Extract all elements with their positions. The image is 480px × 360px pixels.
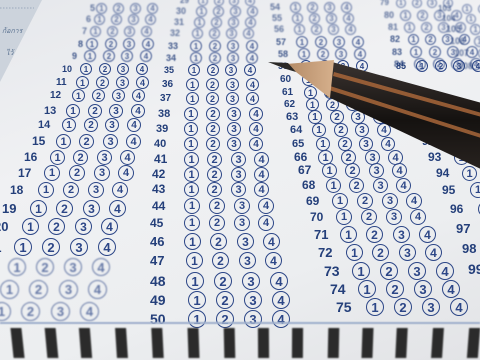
answer-bubble-1[interactable]: 1 bbox=[410, 46, 422, 58]
answer-bubble-1[interactable]: 1 bbox=[462, 4, 472, 14]
answer-bubble-3[interactable]: 3 bbox=[393, 226, 410, 243]
answer-bubble-2[interactable]: 2 bbox=[42, 238, 60, 256]
answer-bubble-2[interactable]: 2 bbox=[209, 215, 225, 231]
answer-bubble-2[interactable]: 2 bbox=[357, 193, 373, 209]
question-number: 37 bbox=[160, 92, 171, 105]
answer-bubble-3[interactable]: 3 bbox=[231, 152, 246, 167]
answer-bubble-3[interactable]: 3 bbox=[226, 28, 237, 39]
answer-bubble-1[interactable]: 1 bbox=[186, 78, 199, 91]
answer-bubble-3[interactable]: 3 bbox=[234, 198, 250, 214]
answer-bubble-2[interactable]: 2 bbox=[386, 280, 404, 298]
answer-bubble-4[interactable]: 4 bbox=[127, 118, 141, 132]
answer-bubble-4[interactable]: 4 bbox=[247, 6, 258, 17]
answer-bubble-3[interactable]: 3 bbox=[386, 209, 402, 225]
answer-bubble-1[interactable]: 1 bbox=[312, 123, 326, 137]
answer-bubble-4[interactable]: 4 bbox=[419, 226, 436, 243]
question-number: 58 bbox=[278, 48, 288, 60]
answer-bubble-4[interactable]: 4 bbox=[345, 24, 356, 35]
answer-bubble-1[interactable]: 1 bbox=[196, 6, 207, 17]
answer-bubble-4[interactable]: 4 bbox=[245, 17, 256, 28]
question-number: 54 bbox=[270, 2, 280, 13]
answer-bubble-4[interactable]: 4 bbox=[258, 198, 274, 214]
answer-bubble-1[interactable]: 1 bbox=[462, 166, 477, 181]
answer-bubble-2[interactable]: 2 bbox=[103, 50, 115, 62]
answer-bubble-1[interactable]: 1 bbox=[190, 52, 202, 64]
answer-bubble-3[interactable]: 3 bbox=[75, 218, 92, 235]
answer-bubble-2[interactable]: 2 bbox=[470, 135, 480, 149]
answer-bubble-4[interactable]: 4 bbox=[425, 244, 442, 261]
answer-bubble-4[interactable]: 4 bbox=[254, 182, 269, 197]
answer-bubble-4[interactable]: 4 bbox=[136, 63, 148, 75]
answer-bubble-4[interactable]: 4 bbox=[246, 52, 258, 64]
question-number: 36 bbox=[162, 78, 173, 91]
question-number: 68 bbox=[302, 178, 315, 193]
answer-bubble-4[interactable]: 4 bbox=[126, 134, 141, 149]
answer-bubble-1[interactable]: 1 bbox=[192, 28, 203, 39]
question-number: 20 bbox=[0, 218, 8, 235]
answer-bubble-1[interactable]: 1 bbox=[90, 26, 101, 37]
question-number: 94 bbox=[436, 166, 449, 181]
answer-bubble-3[interactable]: 3 bbox=[225, 64, 237, 76]
answer-bubble-1[interactable]: 1 bbox=[340, 226, 357, 243]
answer-bubble-3[interactable]: 3 bbox=[414, 280, 432, 298]
answer-bubble-1[interactable]: 1 bbox=[8, 258, 26, 276]
answer-bubble-2[interactable]: 2 bbox=[29, 280, 48, 299]
answer-bubble-3[interactable]: 3 bbox=[373, 178, 388, 193]
answer-bubble-1[interactable]: 1 bbox=[190, 40, 202, 52]
answer-bubble-2[interactable]: 2 bbox=[107, 26, 118, 37]
answer-bubble-4[interactable]: 4 bbox=[410, 209, 426, 225]
answer-bubble-2[interactable]: 2 bbox=[361, 209, 377, 225]
answer-bubble-1[interactable]: 1 bbox=[454, 150, 469, 165]
answer-bubble-4[interactable]: 4 bbox=[249, 137, 263, 151]
answer-bubble-3[interactable]: 3 bbox=[64, 258, 82, 276]
answer-bubble-1[interactable]: 1 bbox=[306, 98, 319, 111]
answer-bubble-4[interactable]: 4 bbox=[246, 78, 259, 91]
answer-bubble-2[interactable]: 2 bbox=[412, 0, 422, 8]
answer-bubble-3[interactable]: 3 bbox=[244, 310, 262, 328]
answer-bubble-3[interactable]: 3 bbox=[226, 78, 239, 91]
answer-bubble-1[interactable]: 1 bbox=[352, 262, 370, 280]
answer-bubble-2[interactable]: 2 bbox=[207, 182, 222, 197]
answer-bubble-2[interactable]: 2 bbox=[99, 63, 111, 75]
answer-bubble-4[interactable]: 4 bbox=[450, 298, 468, 316]
answer-bubble-2[interactable]: 2 bbox=[349, 178, 364, 193]
answer-bubble-4[interactable]: 4 bbox=[80, 302, 99, 321]
answer-bubble-2[interactable]: 2 bbox=[345, 163, 360, 178]
answer-bubble-2[interactable]: 2 bbox=[21, 302, 40, 321]
answer-bubble-3[interactable]: 3 bbox=[112, 89, 125, 102]
question-number: 33 bbox=[168, 40, 178, 52]
answer-bubble-3[interactable]: 3 bbox=[326, 13, 337, 24]
answer-bubble-2[interactable]: 2 bbox=[92, 89, 105, 102]
answer-bubble-1[interactable]: 1 bbox=[470, 24, 480, 35]
answer-bubble-2[interactable]: 2 bbox=[73, 150, 88, 165]
answer-bubble-1[interactable]: 1 bbox=[72, 89, 85, 102]
answer-bubble-2[interactable]: 2 bbox=[48, 218, 65, 235]
answer-bubble-4[interactable]: 4 bbox=[263, 233, 280, 250]
answer-bubble-4[interactable]: 4 bbox=[131, 104, 145, 118]
question-number: 35 bbox=[164, 64, 174, 76]
answer-bubble-2[interactable]: 2 bbox=[111, 14, 122, 25]
answer-bubble-4[interactable]: 4 bbox=[249, 107, 263, 121]
answer-bubble-1[interactable]: 1 bbox=[44, 165, 60, 181]
answer-bubble-1[interactable]: 1 bbox=[76, 76, 89, 89]
answer-bubble-4[interactable]: 4 bbox=[472, 60, 480, 72]
answer-bubble-2[interactable]: 2 bbox=[206, 78, 219, 91]
answer-bubble-3[interactable]: 3 bbox=[244, 291, 262, 309]
answer-bubble-4[interactable]: 4 bbox=[343, 13, 354, 24]
answer-bubble-4[interactable]: 4 bbox=[362, 73, 375, 86]
answer-bubble-1[interactable]: 1 bbox=[296, 36, 308, 48]
answer-bubble-1[interactable]: 1 bbox=[186, 92, 199, 105]
answer-bubble-4[interactable]: 4 bbox=[254, 167, 269, 182]
answer-bubble-3[interactable]: 3 bbox=[351, 110, 365, 124]
answer-bubble-2[interactable]: 2 bbox=[317, 48, 329, 60]
answer-bubble-2[interactable]: 2 bbox=[212, 252, 229, 269]
question-number: 50 bbox=[150, 310, 166, 328]
answer-bubble-4[interactable]: 4 bbox=[442, 280, 460, 298]
answer-bubble-2[interactable]: 2 bbox=[417, 10, 428, 21]
answer-bubble-2[interactable]: 2 bbox=[206, 137, 220, 151]
answer-bubble-3[interactable]: 3 bbox=[124, 26, 135, 37]
answer-bubble-4[interactable]: 4 bbox=[120, 150, 135, 165]
answer-bubble-4[interactable]: 4 bbox=[364, 86, 377, 99]
answer-bubble-2[interactable]: 2 bbox=[214, 272, 232, 290]
question-number: 56 bbox=[274, 24, 284, 35]
answer-bubble-3[interactable]: 3 bbox=[427, 0, 437, 8]
answer-bubble-1[interactable]: 1 bbox=[14, 238, 32, 256]
answer-bubble-3[interactable]: 3 bbox=[234, 215, 250, 231]
answer-bubble-3[interactable]: 3 bbox=[59, 280, 78, 299]
answer-bubble-4[interactable]: 4 bbox=[136, 76, 149, 89]
answer-bubble-1[interactable]: 1 bbox=[366, 298, 384, 316]
answer-bubble-3[interactable]: 3 bbox=[333, 36, 345, 48]
answer-bubble-4[interactable]: 4 bbox=[112, 182, 128, 198]
answer-bubble-3[interactable]: 3 bbox=[97, 150, 112, 165]
answer-bubble-1[interactable]: 1 bbox=[188, 310, 206, 328]
answer-bubble-3[interactable]: 3 bbox=[382, 193, 398, 209]
answer-bubble-3[interactable]: 3 bbox=[130, 3, 141, 14]
answer-bubble-3[interactable]: 3 bbox=[117, 63, 129, 75]
timing-mark bbox=[224, 328, 236, 358]
answer-bubble-1[interactable]: 1 bbox=[438, 120, 452, 134]
answer-bubble-3[interactable]: 3 bbox=[83, 200, 100, 217]
answer-bubble-2[interactable]: 2 bbox=[216, 310, 234, 328]
answer-bubble-4[interactable]: 4 bbox=[98, 238, 116, 256]
answer-bubble-4[interactable]: 4 bbox=[109, 200, 126, 217]
question-number: 64 bbox=[290, 123, 302, 137]
answer-bubble-1[interactable]: 1 bbox=[474, 36, 480, 47]
question-number: 65 bbox=[292, 137, 304, 151]
answer-bubble-1[interactable]: 1 bbox=[300, 60, 312, 72]
answer-bubble-4[interactable]: 4 bbox=[373, 110, 387, 124]
answer-bubble-4[interactable]: 4 bbox=[272, 291, 290, 309]
answer-bubble-1[interactable]: 1 bbox=[188, 64, 200, 76]
answer-bubble-1[interactable]: 1 bbox=[448, 135, 462, 149]
answer-bubble-3[interactable]: 3 bbox=[337, 60, 349, 72]
answer-bubble-3[interactable]: 3 bbox=[408, 262, 426, 280]
question-number: 13 bbox=[44, 104, 56, 118]
answer-bubble-3[interactable]: 3 bbox=[51, 302, 70, 321]
answer-bubble-3[interactable]: 3 bbox=[94, 165, 110, 181]
answer-bubble-4[interactable]: 4 bbox=[341, 2, 352, 13]
answer-bubble-3[interactable]: 3 bbox=[369, 163, 384, 178]
answer-bubble-2[interactable]: 2 bbox=[380, 262, 398, 280]
answer-bubble-4[interactable]: 4 bbox=[246, 40, 258, 52]
answer-bubble-4[interactable]: 4 bbox=[392, 163, 407, 178]
answer-bubble-2[interactable]: 2 bbox=[334, 123, 348, 137]
answer-bubble-2[interactable]: 2 bbox=[216, 291, 234, 309]
answer-bubble-3[interactable]: 3 bbox=[237, 233, 254, 250]
answer-bubble-1[interactable]: 1 bbox=[400, 10, 411, 21]
timing-mark bbox=[79, 328, 92, 358]
answer-bubble-1[interactable]: 1 bbox=[470, 182, 480, 198]
answer-bubble-2[interactable]: 2 bbox=[372, 244, 389, 261]
answer-bubble-1[interactable]: 1 bbox=[302, 73, 315, 86]
answer-bubble-1[interactable]: 1 bbox=[184, 107, 198, 121]
answer-bubble-2[interactable]: 2 bbox=[84, 118, 98, 132]
answer-bubble-2[interactable]: 2 bbox=[307, 2, 318, 13]
answer-bubble-2[interactable]: 2 bbox=[324, 86, 337, 99]
answer-bubble-1[interactable]: 1 bbox=[358, 280, 376, 298]
answer-bubble-2[interactable]: 2 bbox=[69, 165, 85, 181]
answer-bubble-4[interactable]: 4 bbox=[265, 252, 282, 269]
answer-bubble-2[interactable]: 2 bbox=[425, 34, 436, 45]
answer-bubble-1[interactable]: 1 bbox=[466, 14, 476, 24]
answer-bubble-1[interactable]: 1 bbox=[184, 182, 199, 197]
answer-bubble-1[interactable]: 1 bbox=[0, 280, 19, 299]
answer-bubble-1[interactable]: 1 bbox=[304, 86, 317, 99]
answer-bubble-3[interactable]: 3 bbox=[227, 107, 241, 121]
answer-bubble-2[interactable]: 2 bbox=[56, 200, 73, 217]
answer-bubble-3[interactable]: 3 bbox=[231, 167, 246, 182]
answer-bubble-3[interactable]: 3 bbox=[328, 24, 339, 35]
answer-bubble-1[interactable]: 1 bbox=[346, 244, 363, 261]
answer-bubble-2[interactable]: 2 bbox=[319, 60, 331, 72]
answer-bubble-1[interactable]: 1 bbox=[290, 2, 301, 13]
answer-bubble-2[interactable]: 2 bbox=[338, 137, 352, 151]
answer-bubble-2[interactable]: 2 bbox=[207, 152, 222, 167]
answer-bubble-1[interactable]: 1 bbox=[396, 0, 406, 8]
answer-bubble-4[interactable]: 4 bbox=[377, 123, 391, 137]
answer-bubble-2[interactable]: 2 bbox=[113, 3, 124, 14]
answer-bubble-1[interactable]: 1 bbox=[38, 182, 54, 198]
answer-bubble-3[interactable]: 3 bbox=[228, 17, 239, 28]
answer-bubble-3[interactable]: 3 bbox=[422, 298, 440, 316]
answer-bubble-3[interactable]: 3 bbox=[359, 137, 373, 151]
answer-bubble-3[interactable]: 3 bbox=[344, 86, 357, 99]
answer-bubble-4[interactable]: 4 bbox=[406, 193, 422, 209]
question-number: 55 bbox=[272, 13, 282, 24]
answer-bubble-3[interactable]: 3 bbox=[355, 123, 369, 137]
answer-bubble-3[interactable]: 3 bbox=[324, 2, 335, 13]
answer-bubble-3[interactable]: 3 bbox=[231, 182, 246, 197]
answer-bubble-3[interactable]: 3 bbox=[88, 182, 104, 198]
answer-bubble-3[interactable]: 3 bbox=[109, 104, 123, 118]
answer-bubble-1[interactable]: 1 bbox=[80, 63, 92, 75]
answer-bubble-1[interactable]: 1 bbox=[22, 218, 39, 235]
answer-bubble-4[interactable]: 4 bbox=[270, 272, 288, 290]
question-number: 31 bbox=[174, 17, 184, 28]
answer-bubble-4[interactable]: 4 bbox=[381, 137, 395, 151]
answer-bubble-4[interactable]: 4 bbox=[141, 26, 152, 37]
answer-bubble-4[interactable]: 4 bbox=[140, 50, 152, 62]
answer-bubble-4[interactable]: 4 bbox=[254, 152, 269, 167]
question-number: 9 bbox=[72, 50, 77, 62]
question-number: 70 bbox=[310, 209, 323, 225]
question-number: 42 bbox=[152, 167, 165, 182]
answer-bubble-2[interactable]: 2 bbox=[394, 298, 412, 316]
answer-bubble-1[interactable]: 1 bbox=[184, 122, 198, 136]
answer-bubble-4[interactable]: 4 bbox=[436, 262, 454, 280]
answer-bubble-2[interactable]: 2 bbox=[311, 24, 322, 35]
answer-bubble-2[interactable]: 2 bbox=[211, 17, 222, 28]
answer-bubble-2[interactable]: 2 bbox=[209, 198, 225, 214]
answer-bubble-3[interactable]: 3 bbox=[399, 244, 416, 261]
answer-bubble-2[interactable]: 2 bbox=[429, 46, 441, 58]
answer-bubble-2[interactable]: 2 bbox=[88, 104, 102, 118]
answer-bubble-1[interactable]: 1 bbox=[322, 163, 337, 178]
answer-bubble-2[interactable]: 2 bbox=[209, 40, 221, 52]
answer-bubble-2[interactable]: 2 bbox=[79, 134, 94, 149]
answer-bubble-4[interactable]: 4 bbox=[352, 36, 364, 48]
answer-bubble-4[interactable]: 4 bbox=[272, 310, 290, 328]
answer-bubble-1[interactable]: 1 bbox=[184, 198, 200, 214]
answer-bubble-3[interactable]: 3 bbox=[230, 6, 241, 17]
answer-bubble-1[interactable]: 1 bbox=[30, 200, 47, 217]
answer-bubble-3[interactable]: 3 bbox=[227, 52, 239, 64]
question-number: 16 bbox=[24, 150, 37, 165]
answer-bubble-1[interactable]: 1 bbox=[184, 152, 199, 167]
answer-bubble-4[interactable]: 4 bbox=[243, 28, 254, 39]
answer-bubble-3[interactable]: 3 bbox=[227, 40, 239, 52]
answer-bubble-3[interactable]: 3 bbox=[342, 73, 355, 86]
answer-bubble-1[interactable]: 1 bbox=[96, 3, 107, 14]
answer-bubble-3[interactable]: 3 bbox=[105, 118, 119, 132]
answer-bubble-4[interactable]: 4 bbox=[145, 14, 156, 25]
answer-bubble-1[interactable]: 1 bbox=[86, 38, 98, 50]
answer-bubble-3[interactable]: 3 bbox=[227, 137, 241, 151]
question-number: 7 bbox=[82, 26, 87, 37]
answer-bubble-2[interactable]: 2 bbox=[421, 22, 432, 33]
answer-bubble-1[interactable]: 1 bbox=[184, 233, 201, 250]
answer-bubble-2[interactable]: 2 bbox=[63, 182, 79, 198]
answer-bubble-2[interactable]: 2 bbox=[213, 6, 224, 17]
question-number: 38 bbox=[158, 107, 170, 121]
answer-bubble-2[interactable]: 2 bbox=[460, 120, 474, 134]
answer-bubble-4[interactable]: 4 bbox=[249, 122, 263, 136]
answer-bubble-1[interactable]: 1 bbox=[408, 34, 419, 45]
answer-bubble-2[interactable]: 2 bbox=[209, 28, 220, 39]
answer-bubble-4[interactable]: 4 bbox=[92, 258, 110, 276]
answer-bubble-2[interactable]: 2 bbox=[105, 38, 117, 50]
answer-bubble-4[interactable]: 4 bbox=[88, 280, 107, 299]
answer-bubble-4[interactable]: 4 bbox=[142, 38, 154, 50]
answer-bubble-1[interactable]: 1 bbox=[404, 22, 415, 33]
answer-bubble-2[interactable]: 2 bbox=[96, 76, 109, 89]
answer-bubble-4[interactable]: 4 bbox=[356, 60, 368, 72]
answer-bubble-4[interactable]: 4 bbox=[101, 218, 118, 235]
answer-bubble-1[interactable]: 1 bbox=[50, 150, 65, 165]
question-number: 97 bbox=[456, 220, 470, 237]
answer-bubble-2[interactable]: 2 bbox=[366, 226, 383, 243]
question-number: 75 bbox=[336, 298, 352, 316]
answer-bubble-3[interactable]: 3 bbox=[70, 238, 88, 256]
answer-bubble-4[interactable]: 4 bbox=[366, 98, 379, 111]
answer-bubble-1[interactable]: 1 bbox=[186, 252, 203, 269]
answer-bubble-1[interactable]: 1 bbox=[186, 272, 204, 290]
answer-bubble-4[interactable]: 4 bbox=[147, 3, 158, 14]
answer-bubble-1[interactable]: 1 bbox=[0, 302, 11, 321]
answer-bubble-3[interactable]: 3 bbox=[103, 134, 118, 149]
bottom-rule bbox=[0, 322, 480, 324]
answer-bubble-3[interactable]: 3 bbox=[116, 76, 129, 89]
answer-bubble-2[interactable]: 2 bbox=[209, 52, 221, 64]
answer-bubble-1[interactable]: 1 bbox=[184, 167, 199, 182]
answer-bubble-2[interactable]: 2 bbox=[330, 110, 344, 124]
answer-bubble-4[interactable]: 4 bbox=[396, 178, 411, 193]
answer-bubble-2[interactable]: 2 bbox=[36, 258, 54, 276]
answer-bubble-2[interactable]: 2 bbox=[207, 167, 222, 182]
answer-bubble-4[interactable]: 4 bbox=[246, 92, 259, 105]
answer-bubble-4[interactable]: 4 bbox=[258, 215, 274, 231]
answer-bubble-1[interactable]: 1 bbox=[326, 178, 341, 193]
answer-bubble-2[interactable]: 2 bbox=[206, 92, 219, 105]
answer-bubble-1[interactable]: 1 bbox=[292, 13, 303, 24]
answer-bubble-1[interactable]: 1 bbox=[84, 50, 96, 62]
question-number: 6 bbox=[86, 14, 91, 25]
answer-bubble-1[interactable]: 1 bbox=[336, 209, 352, 225]
answer-bubble-1[interactable]: 1 bbox=[56, 134, 71, 149]
answer-bubble-3[interactable]: 3 bbox=[123, 38, 135, 50]
answer-bubble-2[interactable]: 2 bbox=[309, 13, 320, 24]
answer-bubble-3[interactable]: 3 bbox=[242, 272, 260, 290]
answer-bubble-1[interactable]: 1 bbox=[184, 215, 200, 231]
answer-bubble-4[interactable]: 4 bbox=[132, 89, 145, 102]
answer-bubble-3[interactable]: 3 bbox=[128, 14, 139, 25]
answer-bubble-2[interactable]: 2 bbox=[322, 73, 335, 86]
question-number: 71 bbox=[314, 226, 328, 243]
answer-bubble-1[interactable]: 1 bbox=[62, 118, 76, 132]
answer-bubble-4[interactable]: 4 bbox=[118, 165, 134, 181]
answer-bubble-2[interactable]: 2 bbox=[206, 122, 220, 136]
answer-bubble-2[interactable]: 2 bbox=[315, 36, 327, 48]
answer-bubble-1[interactable]: 1 bbox=[308, 110, 322, 124]
answer-bubble-3[interactable]: 3 bbox=[121, 50, 133, 62]
answer-bubble-2[interactable]: 2 bbox=[435, 60, 447, 72]
answer-bubble-4[interactable]: 4 bbox=[354, 48, 366, 60]
answer-bubble-1[interactable]: 1 bbox=[298, 48, 310, 60]
answer-bubble-4[interactable]: 4 bbox=[244, 64, 256, 76]
answer-bubble-3[interactable]: 3 bbox=[226, 92, 239, 105]
answer-bubble-2[interactable]: 2 bbox=[206, 107, 220, 121]
answer-bubble-3[interactable]: 3 bbox=[239, 252, 256, 269]
answer-bubble-1[interactable]: 1 bbox=[188, 291, 206, 309]
answer-bubble-1[interactable]: 1 bbox=[316, 137, 330, 151]
answer-bubble-1[interactable]: 1 bbox=[94, 14, 105, 25]
answer-bubble-1[interactable]: 1 bbox=[66, 104, 80, 118]
answer-bubble-1[interactable]: 1 bbox=[294, 24, 305, 35]
answer-bubble-1[interactable]: 1 bbox=[416, 60, 428, 72]
answer-bubble-1[interactable]: 1 bbox=[332, 193, 348, 209]
answer-bubble-1[interactable]: 1 bbox=[184, 137, 198, 151]
answer-bubble-2[interactable]: 2 bbox=[210, 233, 227, 250]
answer-bubble-1[interactable]: 1 bbox=[194, 17, 205, 28]
answer-bubble-3[interactable]: 3 bbox=[335, 48, 347, 60]
answer-bubble-3[interactable]: 3 bbox=[227, 122, 241, 136]
answer-bubble-2[interactable]: 2 bbox=[207, 64, 219, 76]
